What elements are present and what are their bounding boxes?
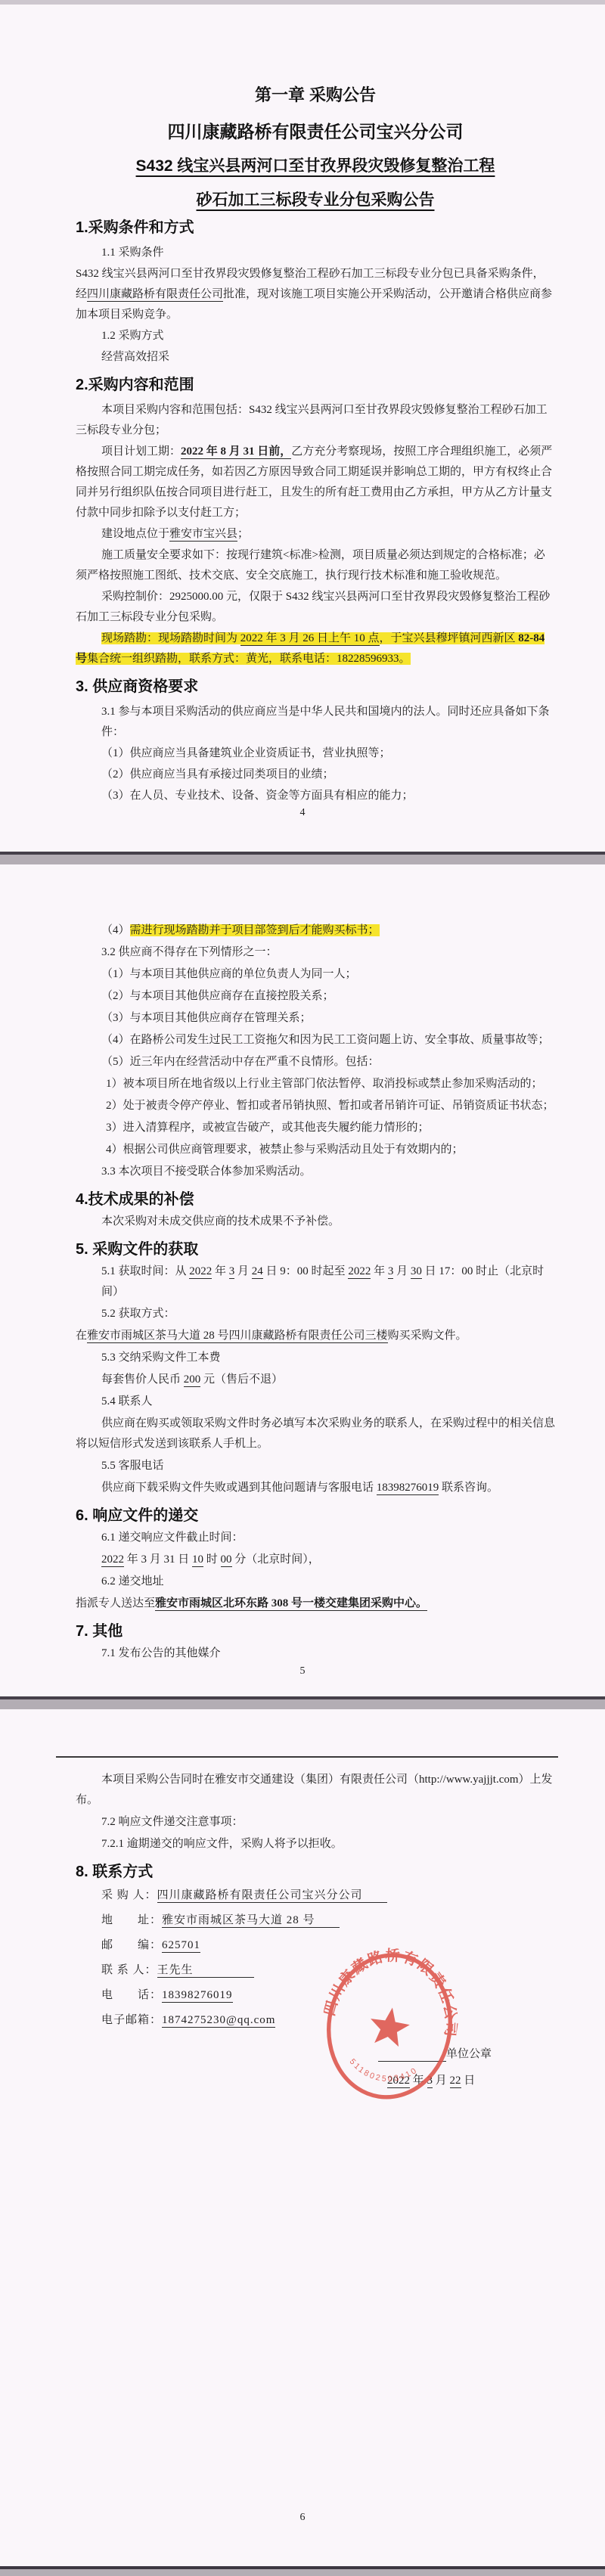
price-paragraph: 采购控制价：2925000.00 元，仅限于 S432 线宝兴县两河口至甘孜界段…: [76, 587, 555, 628]
bad-record-item-2: 2）处于被责令停产停业、暂扣或者吊销执照、暂扣或者吊销许可证、吊销资质证书状态；: [106, 1096, 555, 1116]
section-1-heading: 1.采购条件和方式: [76, 218, 555, 238]
page-number: 4: [0, 807, 605, 852]
clause-1-1-body: S432 线宝兴县两河口至甘孜界段灾毁修复整治工程砂石加工三标段专业分包已具备采…: [76, 264, 555, 325]
prohibited-item-2: （2）与本项目其他供应商存在直接控股关系；: [101, 986, 555, 1007]
page-6-content: 本项目采购公告同时在雅安市交通建设（集团）有限责任公司（http://www.y…: [0, 1758, 605, 2093]
prohibited-item-5: （5）近三年内在经营活动中存在严重不良情形。包括：: [101, 1052, 555, 1072]
bad-record-item-4: 4）根据公司供应商管理要求，被禁止参与采购活动且处于有效期内的；: [106, 1140, 555, 1160]
section-3-heading: 3. 供应商资格要求: [76, 677, 555, 697]
clause-3-2: 3.2 供应商不得存在下列情形之一：: [101, 942, 555, 963]
address-line: 地 址：雅安市雨城区茶马大道 28 号: [101, 1909, 555, 1932]
page-number: 5: [0, 1665, 605, 1696]
clause-5-4: 5.4 联系人: [101, 1392, 555, 1412]
prohibited-item-3: （3）与本项目其他供应商存在管理关系；: [101, 1008, 555, 1029]
section-4-heading: 4.技术成果的补偿: [76, 1190, 555, 1210]
clause-7-2: 7.2 响应文件递交注意事项：: [101, 1812, 555, 1833]
clause-3-1: 3.1 参与本项目采购活动的供应商应当是中华人民共和国境内的法人。同时还应具备如…: [101, 702, 555, 743]
company-title: 四川康藏路桥有限责任公司宝兴分公司: [76, 122, 555, 142]
requirement-item-1: （1）供应商应当具备建筑业企业资质证书，营业执照等；: [101, 743, 555, 764]
bad-record-item-3: 3）进入清算程序，或被宣告破产，或其他丧失履约能力情形的；: [106, 1118, 555, 1138]
section-5-heading: 5. 采购文件的获取: [76, 1240, 555, 1260]
schedule-paragraph: 项目计划工期：2022 年 8 月 31 日前，乙方充分考察现场，按照工序合理组…: [76, 442, 555, 523]
delivery-address: 指派专人送达至雅安市雨城区北环东路 308 号一楼交建集团采购中心。: [76, 1594, 555, 1614]
requirement-item-2: （2）供应商应当具有承接过同类项目的业绩；: [101, 765, 555, 785]
page-separator: [0, 1696, 605, 1709]
purchaser-line: 采 购 人：四川康藏路桥有限责任公司宝兴分公司: [101, 1884, 555, 1907]
site-visit-paragraph: 现场踏勘：现场踏勘时间为 2022 年 3 月 26 日上午 10 点，于宝兴县…: [76, 628, 555, 669]
postcode-line: 邮 编：625701: [101, 1934, 555, 1957]
bad-record-item-1: 1）被本项目所在地省级以上行业主管部门依法暂停、取消投标或禁止参加采购活动的；: [106, 1074, 555, 1094]
requirement-item-3: （3）在人员、专业技术、设备、资金等方面具有相应的能力；: [101, 786, 555, 806]
clause-5-3: 5.3 交纳采购文件工本费: [101, 1348, 555, 1368]
clause-1-1: 1.1 采购条件: [101, 243, 555, 263]
page-4: 第一章 采购公告四川康藏路桥有限责任公司宝兴分公司S432 线宝兴县两河口至甘孜…: [0, 5, 605, 852]
quality-paragraph: 施工质量安全要求如下：按现行建筑<标准>检测，项目质量必须达到规定的合格标准；必…: [76, 545, 555, 586]
section-7-heading: 7. 其他: [76, 1622, 555, 1642]
section-8-heading: 8. 联系方式: [76, 1862, 555, 1882]
purchase-address: 在雅安市雨城区茶马大道 28 号四川康藏路桥有限责任公司三楼购买采购文件。: [76, 1326, 555, 1346]
page-separator: [0, 852, 605, 864]
compensation-paragraph: 本次采购对未成交供应商的技术成果不予补偿。: [76, 1212, 555, 1232]
scope-paragraph: 本项目采购内容和范围包括：S432 线宝兴县两河口至甘孜界段灾毁修复整治工程砂石…: [76, 400, 555, 441]
clause-5-5: 5.5 客服电话: [101, 1456, 555, 1476]
media-paragraph: 本项目采购公告同时在雅安市交通建设（集团）有限责任公司（http://www.y…: [76, 1770, 555, 1811]
clause-6-1: 6.1 递交响应文件截止时间：: [101, 1528, 555, 1548]
clause-1-2: 1.2 采购方式: [101, 326, 555, 346]
project-subtitle: 砂石加工三标段专业分包采购公告: [76, 190, 555, 210]
section-6-heading: 6. 响应文件的递交: [76, 1506, 555, 1526]
clause-5-1: 5.1 获取时间：从 2022 年 3 月 24 日 9：00 时起至 2022…: [101, 1262, 555, 1302]
location-paragraph: 建设地点位于雅安市宝兴县；: [76, 524, 555, 545]
clause-3-3: 3.3 本次项目不接受联合体参加采购活动。: [101, 1162, 555, 1182]
document-fee: 每套售价人民币 200 元（售后不退）: [101, 1370, 555, 1390]
procurement-method: 经营高效招采: [101, 347, 555, 368]
prohibited-item-4: （4）在路桥公司发生过民工工资拖欠和因为民工工资问题上访、安全事故、质量事故等；: [101, 1030, 555, 1051]
clause-6-2: 6.2 递交地址: [101, 1572, 555, 1592]
page-6: 本项目采购公告同时在雅安市交通建设（集团）有限责任公司（http://www.y…: [0, 1709, 605, 2566]
page-5: （4）需进行现场踏勘并于项目部签到后才能购买标书；3.2 供应商不得存在下列情形…: [0, 864, 605, 1696]
prohibited-item-1: （1）与本项目其他供应商的单位负责人为同一人；: [101, 964, 555, 985]
page-number: 6: [0, 2512, 605, 2566]
deadline-line: 2022 年 3 月 31 日 10 时 00 分（北京时间），: [101, 1550, 555, 1570]
support-phone-paragraph: 供应商下载采购文件失败或遇到其他问题请与客服电话 18398276019 联系咨…: [76, 1478, 555, 1498]
chapter-title: 第一章 采购公告: [76, 85, 555, 105]
clause-7-2-1: 7.2.1 逾期递交的响应文件，采购人将予以拒收。: [101, 1834, 555, 1854]
requirement-item-4: （4）需进行现场踏勘并于项目部签到后才能购买标书；: [101, 920, 555, 941]
page-5-content: （4）需进行现场踏勘并于项目部签到后才能购买标书；3.2 供应商不得存在下列情形…: [0, 908, 605, 1665]
clause-7-1: 7.1 发布公告的其他媒介: [101, 1643, 555, 1664]
clause-5-2: 5.2 获取方式：: [101, 1304, 555, 1324]
project-title: S432 线宝兴县两河口至甘孜界段灾毁修复整治工程: [76, 156, 555, 176]
page-4-content: 第一章 采购公告四川康藏路桥有限责任公司宝兴分公司S432 线宝兴县两河口至甘孜…: [0, 54, 605, 807]
company-seal-stamp: 四川康藏路桥有限责任公司 5118025034105: [311, 1938, 468, 2113]
seal-star-icon: [367, 2004, 412, 2047]
section-2-heading: 2.采购内容和范围: [76, 375, 555, 396]
contact-note-paragraph: 供应商在购买或领取采购文件时务必填写本次采购业务的联系人，在采购过程中的相关信息…: [76, 1414, 555, 1454]
scan-edge-bottom: [0, 2566, 605, 2576]
scanned-document: 第一章 采购公告四川康藏路桥有限责任公司宝兴分公司S432 线宝兴县两河口至甘孜…: [0, 0, 605, 2576]
